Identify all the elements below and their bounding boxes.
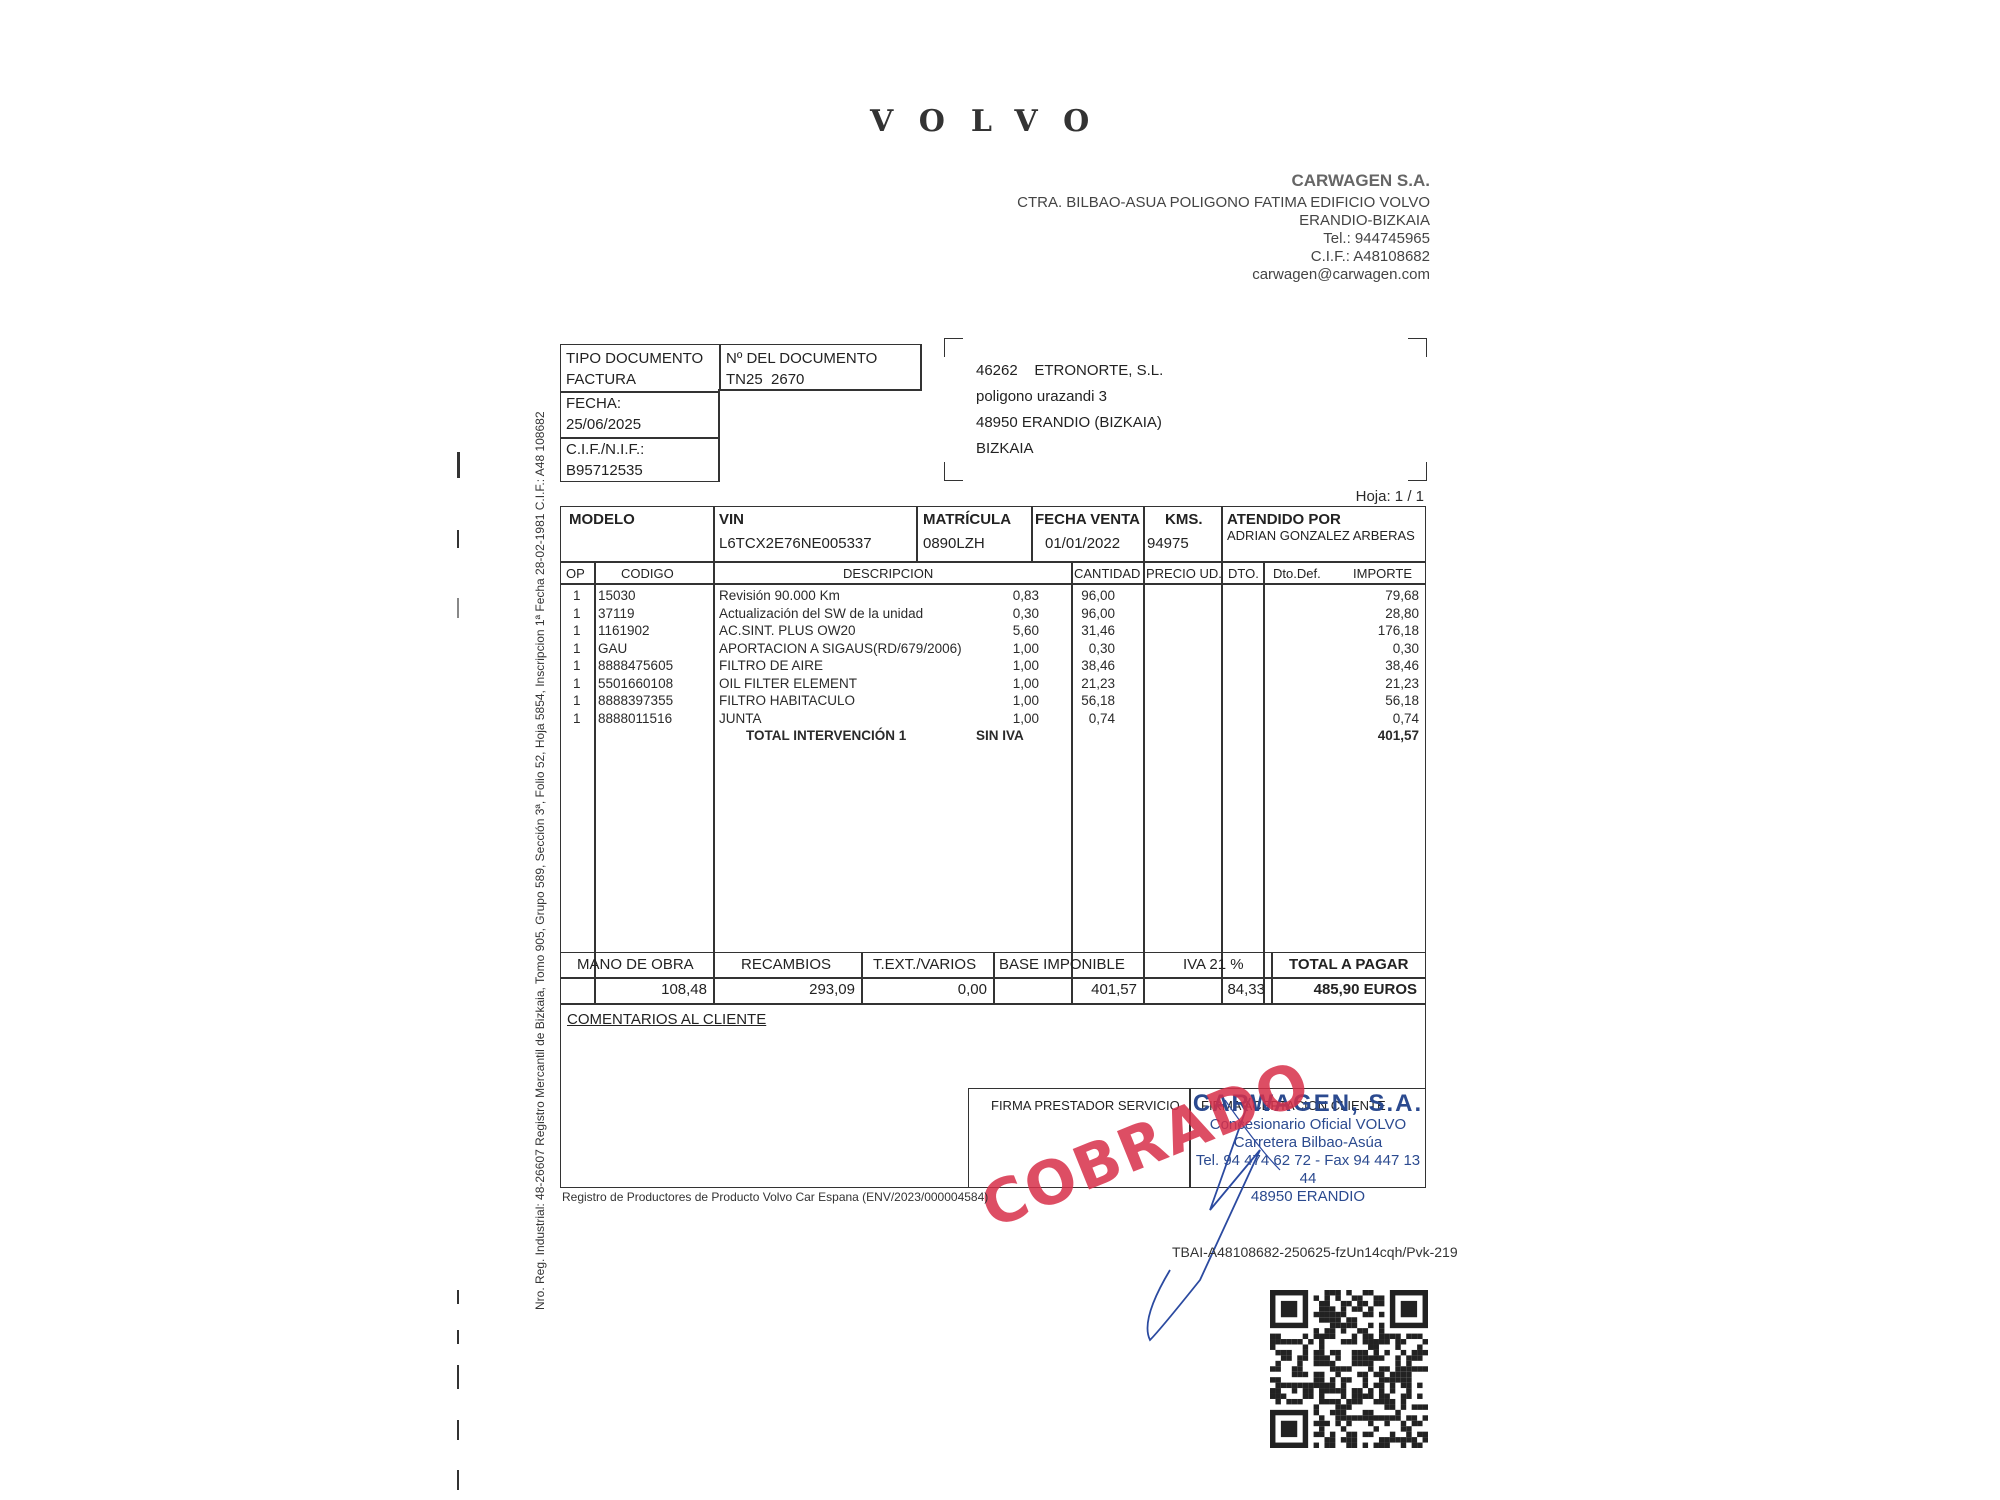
margin-mark <box>457 1330 459 1344</box>
intervention-total-value: 401,57 <box>1378 727 1419 745</box>
numero-documento-label: Nº DEL DOCUMENTO <box>726 348 877 369</box>
atendido-value: ADRIAN GONZALEZ ARBERAS <box>1227 525 1415 546</box>
total-label: TOTAL A PAGAR <box>1289 954 1408 975</box>
table-row: 11161902AC.SINT. PLUS OW205,6031,46176,1… <box>561 622 1427 640</box>
registro-productores: Registro de Productores de Producto Volv… <box>562 1190 988 1204</box>
comments-label: COMENTARIOS AL CLIENTE <box>567 1009 766 1030</box>
recambios-label: RECAMBIOS <box>741 954 831 975</box>
line-importe: 0,74 <box>1393 710 1419 728</box>
col-op: OP <box>566 563 585 584</box>
varios-value: 0,00 <box>958 979 987 1000</box>
line-codigo: 8888011516 <box>598 710 672 728</box>
matricula-value: 0890LZH <box>923 533 985 554</box>
kms-value: 94975 <box>1147 533 1189 554</box>
line-op: 1 <box>573 675 581 693</box>
line-op: 1 <box>573 587 581 605</box>
invoice-table: MODELO VIN L6TCX2E76NE005337 MATRÍCULA 0… <box>560 506 1426 1004</box>
line-precio: 31,46 <box>1081 622 1115 640</box>
fecha-venta-label: FECHA VENTA <box>1035 509 1140 530</box>
iva-label: IVA 21 % <box>1183 954 1244 975</box>
line-cantidad: 0,30 <box>1013 605 1039 623</box>
line-descripcion: Revisión 90.000 Km <box>719 587 840 605</box>
customer-address: 46262 ETRONORTE, S.L. poligono urazandi … <box>976 358 1163 462</box>
mano-obra-label: MANO DE OBRA <box>577 954 694 975</box>
table-row: 18888397355FILTRO HABITACULO1,0056,1856,… <box>561 692 1427 710</box>
mano-obra-value: 108,48 <box>661 979 707 1000</box>
cif-label: C.I.F./N.I.F.: <box>566 439 644 460</box>
table-row: 15501660108OIL FILTER ELEMENT1,0021,2321… <box>561 675 1427 693</box>
line-importe: 56,18 <box>1385 692 1419 710</box>
fecha-label: FECHA: <box>566 393 621 414</box>
line-descripcion: OIL FILTER ELEMENT <box>719 675 857 693</box>
intervention-total-label: TOTAL INTERVENCIÓN 1 <box>746 727 906 745</box>
line-precio: 96,00 <box>1081 587 1115 605</box>
table-row: 1GAUAPORTACION A SIGAUS(RD/679/2006)1,00… <box>561 640 1427 658</box>
customer-province: BIZKAIA <box>976 436 1163 462</box>
line-op: 1 <box>573 640 581 658</box>
margin-mark <box>457 530 459 548</box>
total-value: 485,90 EUROS <box>1314 979 1417 1000</box>
col-cantidad: CANTIDAD <box>1074 563 1140 584</box>
line-op: 1 <box>573 622 581 640</box>
kms-label: KMS. <box>1165 509 1203 530</box>
company-name: CARWAGEN S.A. <box>1017 172 1430 190</box>
numero-documento-value: TN25 2670 <box>726 369 804 390</box>
line-codigo: 15030 <box>598 587 636 605</box>
margin-mark <box>457 1290 459 1304</box>
line-cantidad: 1,00 <box>1013 640 1039 658</box>
line-importe: 0,30 <box>1393 640 1419 658</box>
col-descripcion: DESCRIPCION <box>843 563 933 584</box>
page-number: Hoja: 1 / 1 <box>1356 488 1424 505</box>
table-row: 115030Revisión 90.000 Km0,8396,0079,68 <box>561 587 1427 605</box>
modelo-label: MODELO <box>569 509 635 530</box>
qr-code-icon <box>1270 1290 1428 1448</box>
company-address: CTRA. BILBAO-ASUA POLIGONO FATIMA EDIFIC… <box>1017 194 1430 212</box>
line-descripcion: FILTRO HABITACULO <box>719 692 855 710</box>
line-descripcion: APORTACION A SIGAUS(RD/679/2006) <box>719 640 962 658</box>
col-precio: PRECIO UD. <box>1146 563 1222 584</box>
line-op: 1 <box>573 710 581 728</box>
line-importe: 38,46 <box>1385 657 1419 675</box>
fecha-venta-value: 01/01/2022 <box>1045 533 1120 554</box>
line-cantidad: 1,00 <box>1013 657 1039 675</box>
line-cantidad: 1,00 <box>1013 710 1039 728</box>
iva-value: 84,33 <box>1227 979 1265 1000</box>
customer-street: poligono urazandi 3 <box>976 384 1163 410</box>
line-op: 1 <box>573 692 581 710</box>
col-dto: DTO. <box>1228 563 1259 584</box>
fecha-value: 25/06/2025 <box>566 414 641 435</box>
line-op: 1 <box>573 605 581 623</box>
base-value: 401,57 <box>1091 979 1137 1000</box>
line-cantidad: 1,00 <box>1013 675 1039 693</box>
varios-label: T.EXT./VARIOS <box>873 954 976 975</box>
table-row: 18888011516JUNTA1,000,740,74 <box>561 710 1427 728</box>
col-codigo: CODIGO <box>621 563 674 584</box>
line-codigo: 8888397355 <box>598 692 673 710</box>
tipo-documento-label: TIPO DOCUMENTO <box>566 348 703 369</box>
recambios-value: 293,09 <box>809 979 855 1000</box>
line-codigo: GAU <box>598 640 627 658</box>
volvo-logo: VOLVO <box>870 104 1115 139</box>
intervention-total-note: SIN IVA <box>976 727 1024 745</box>
margin-mark <box>457 452 460 478</box>
tipo-documento-value: FACTURA <box>566 369 636 390</box>
margin-mark <box>457 1420 459 1440</box>
col-importe: IMPORTE <box>1353 563 1412 584</box>
line-codigo: 5501660108 <box>598 675 673 693</box>
table-row: 18888475605FILTRO DE AIRE1,0038,4638,46 <box>561 657 1427 675</box>
company-cif: C.I.F.: A48108682 <box>1017 248 1430 266</box>
line-cantidad: 1,00 <box>1013 692 1039 710</box>
line-descripcion: Actualización del SW de la unidad <box>719 605 923 623</box>
customer-name: 46262 ETRONORTE, S.L. <box>976 358 1163 384</box>
vin-label: VIN <box>719 509 744 530</box>
company-info: CARWAGEN S.A. CTRA. BILBAO-ASUA POLIGONO… <box>1017 172 1430 284</box>
line-importe: 28,80 <box>1385 605 1419 623</box>
margin-mark <box>457 1470 459 1490</box>
line-precio: 0,74 <box>1089 710 1115 728</box>
line-codigo: 8888475605 <box>598 657 673 675</box>
line-precio: 38,46 <box>1081 657 1115 675</box>
line-codigo: 1161902 <box>598 622 650 640</box>
line-precio: 96,00 <box>1081 605 1115 623</box>
col-dto-def: Dto.Def. <box>1273 563 1321 584</box>
line-cantidad: 0,83 <box>1013 587 1039 605</box>
company-email[interactable]: carwagen@carwagen.com <box>1017 266 1430 284</box>
line-precio: 21,23 <box>1081 675 1115 693</box>
tbai-code: TBAI-A48108682-250625-fzUn14cqh/Pvk-219 <box>1172 1244 1458 1260</box>
matricula-label: MATRÍCULA <box>923 509 1011 530</box>
line-precio: 56,18 <box>1081 692 1115 710</box>
line-descripcion: FILTRO DE AIRE <box>719 657 823 675</box>
vin-value: L6TCX2E76NE005337 <box>719 533 872 554</box>
table-row: 137119Actualización del SW de la unidad0… <box>561 605 1427 623</box>
line-codigo: 37119 <box>598 605 635 623</box>
margin-mark <box>457 1365 459 1389</box>
base-label: BASE IMPONIBLE <box>999 954 1125 975</box>
line-descripcion: JUNTA <box>719 710 762 728</box>
cif-value: B95712535 <box>566 460 643 481</box>
line-op: 1 <box>573 657 581 675</box>
line-importe: 21,23 <box>1385 675 1419 693</box>
line-importe: 176,18 <box>1378 622 1419 640</box>
company-tel: Tel.: 944745965 <box>1017 230 1430 248</box>
margin-mark <box>457 598 459 618</box>
legal-side-text: Nro. Reg. Industrial: 48-26607 Registro … <box>533 411 547 1310</box>
line-descripcion: AC.SINT. PLUS OW20 <box>719 622 856 640</box>
line-precio: 0,30 <box>1089 640 1115 658</box>
line-cantidad: 5,60 <box>1013 622 1039 640</box>
line-importe: 79,68 <box>1385 587 1419 605</box>
totals-table: MANO DE OBRA RECAMBIOS T.EXT./VARIOS BAS… <box>560 952 1426 1004</box>
company-city: ERANDIO-BIZKAIA <box>1017 212 1430 230</box>
customer-city: 48950 ERANDIO (BIZKAIA) <box>976 410 1163 436</box>
